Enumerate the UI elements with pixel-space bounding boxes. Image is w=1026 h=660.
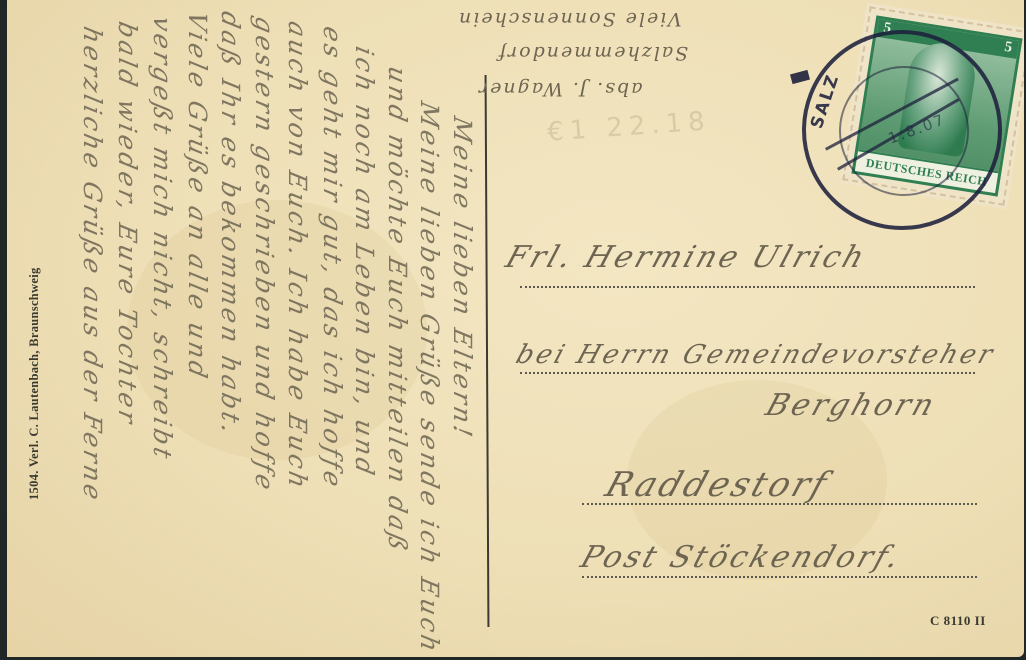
pencil-annotation: €1 22.18 [546,106,711,147]
message-line: herzliche Grüße aus der Ferne [78,24,107,506]
sender-note-line: Viele Sonnenschein [457,8,682,30]
address-dotted-line [582,503,977,505]
message-line: Viele Grüße an alle und [183,9,212,384]
stamp-denomination-right: 5 [1003,39,1013,57]
message-line: vergeßt mich nicht, schreibt [148,14,177,464]
publisher-imprint: 1504. Verl. C. Lautenbach, Braunschweig [27,267,42,500]
message-line: Meine lieben Grüße sende ich Euch [415,99,444,657]
message-line: daß Ihr es bekommen habt. [216,9,245,439]
message-line: gestern geschrieben und hoffe [250,14,279,496]
address-line-5: Post Stöckendorf. [576,540,906,575]
message-line: auch von Euch. Ich habe Euch [283,19,312,494]
postmark-tab [790,70,810,84]
postcard-back: Meine lieben Eltern! Meine lieben Grüße … [7,0,1024,657]
address-dotted-line [582,576,977,578]
sender-note-line: abs. J. Wagner [477,78,642,100]
sender-note-line: Salzhemmendorf [497,42,688,64]
address-line-3: Berghorn [761,388,941,423]
address-line-1: Frl. Hermine Ulrich [501,240,871,275]
address-dotted-line [520,286,975,288]
message-line: bald wieder, Eure Tochter [113,19,142,429]
catalog-number: C 8110 II [930,613,986,629]
message-line: und möchte Euch mitteilen daß [383,64,412,556]
address-line-4: Raddestorf [601,465,835,505]
message-line: ich noch am Leben bin, und [350,44,379,480]
message-line: Meine lieben Eltern! [448,114,477,442]
divider-line [485,75,489,627]
address-dotted-line [520,372,975,374]
address-line-2: bei Herrn Gemeindevorsteher [512,340,999,370]
message-line: es geht mir gut, das ich hoffe [318,24,347,492]
